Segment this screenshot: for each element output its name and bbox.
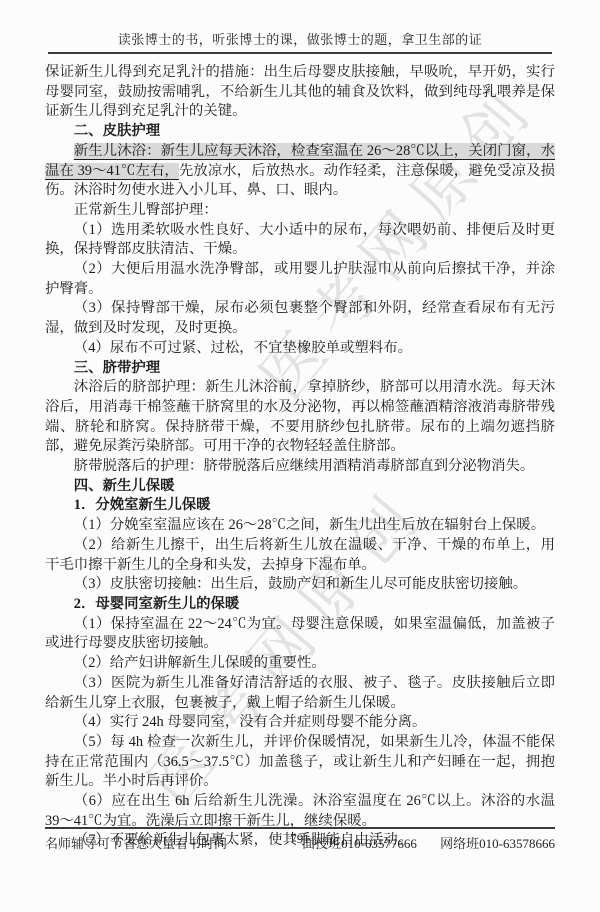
header-slogan: 读张博士的书，听张博士的课，做张博士的题，拿卫生部的证 (48, 29, 552, 48)
paragraph: 脐带脱落后的护理：脐带脱落后应继续用酒精消毒脐部直到分泌物消失。 (45, 457, 555, 477)
footer-contacts: 面授班010-63577666 网络班010-63578666 (302, 833, 555, 852)
paragraph: （1）分娩室室温应该在 26～28℃之间，新生儿出生后放在辐射台上保暖。 (45, 516, 555, 536)
footer-rule (45, 827, 555, 829)
document-body: 保证新生儿得到充足乳汁的措施：出生后母婴皮肤接触，早吸吮，早开奶，实行母婴同室，… (45, 63, 555, 851)
paragraph: （5）每 4h 检查一次新生儿，并评价保暖情况，如果新生儿冷，体温不能保持在正常… (45, 733, 555, 792)
section-heading: 四、新生儿保暖 (45, 477, 555, 497)
paragraph: （4）尿布不可过紧、过松，不宜垫橡胶单或塑料布。 (45, 339, 555, 359)
paragraph: （4）实行 24h 母婴同室，没有合并症则母婴不能分离。 (45, 713, 555, 733)
footer-left-note: 名师辅导可节省您大量看书时间 (45, 833, 227, 852)
header-rule (48, 52, 552, 54)
page-header: 读张博士的书，听张博士的课，做张博士的题，拿卫生部的证 (48, 29, 552, 54)
sub-heading: 2．母婴同室新生儿的保暖 (45, 595, 555, 615)
paragraph: （6）应在出生 6h 后给新生儿洗澡。沐浴室温度在 26℃以上。沐浴的水温 39… (45, 792, 555, 831)
footer-online-class-phone: 网络班010-63578666 (440, 836, 555, 851)
section-heading: 二、皮肤护理 (45, 122, 555, 142)
paragraph: 保证新生儿得到充足乳汁的措施：出生后母婴皮肤接触，早吸吮，早开奶，实行母婴同室，… (45, 63, 555, 122)
paragraph: （2）给产妇讲解新生儿保暖的重要性。 (45, 654, 555, 674)
paragraph: （2）大便后用温水洗净臀部，或用婴儿护肤湿巾从前向后擦拭干净，并涂护臀膏。 (45, 260, 555, 299)
paragraph: 沐浴后的脐部护理：新生儿沐浴前，拿掉脐纱，脐部可以用清水洗。每天沐浴后，用消毒干… (45, 378, 555, 457)
paragraph: 正常新生儿臀部护理： (45, 201, 555, 221)
sub-heading: 1．分娩室新生儿保暖 (45, 496, 555, 516)
footer-onsite-class-phone: 面授班010-63577666 (302, 836, 417, 851)
paragraph: （2）给新生儿擦干，出生后将新生儿放在温暖、干净、干燥的布单上，用干毛巾擦干新生… (45, 536, 555, 575)
paragraph: 新生儿沐浴：新生儿应每天沐浴，检查室温在 26～28℃以上，关闭门窗，水温在 3… (45, 142, 555, 201)
paragraph: （1）选用柔软吸水性良好、大小适中的尿布，每次喂奶前、排便后及时更换，保持臀部皮… (45, 221, 555, 260)
page-footer: 名师辅导可节省您大量看书时间 791 面授班010-63577666 网络班01… (45, 827, 555, 852)
paragraph: （3）皮肤密切接触：出生后，鼓励产妇和新生儿尽可能皮肤密切接触。 (45, 575, 555, 595)
paragraph: （3）医院为新生儿准备好清洁舒适的衣服、被子、毯子。皮肤接触后立即给新生儿穿上衣… (45, 674, 555, 713)
paragraph: （1）保持室温在 22～24℃为宜。母婴注意保暖，如果室温偏低，加盖被子或进行母… (45, 615, 555, 654)
paragraph: （3）保持臀部干燥，尿布必须包裹整个臀部和外阴，经常查看尿布有无污湿，做到及时发… (45, 299, 555, 338)
section-heading: 三、脐带护理 (45, 359, 555, 379)
highlighted-underlined-text: 新生儿沐浴：新生儿应每天沐浴，检查室温在 26～28℃以上，关闭门窗，水温在 3… (45, 143, 555, 179)
document-page: 医考网原创 医考网原创 读张博士的书，听张博士的课，做张博士的题，拿卫生部的证 … (0, 0, 600, 912)
page-number: 791 (290, 831, 310, 847)
